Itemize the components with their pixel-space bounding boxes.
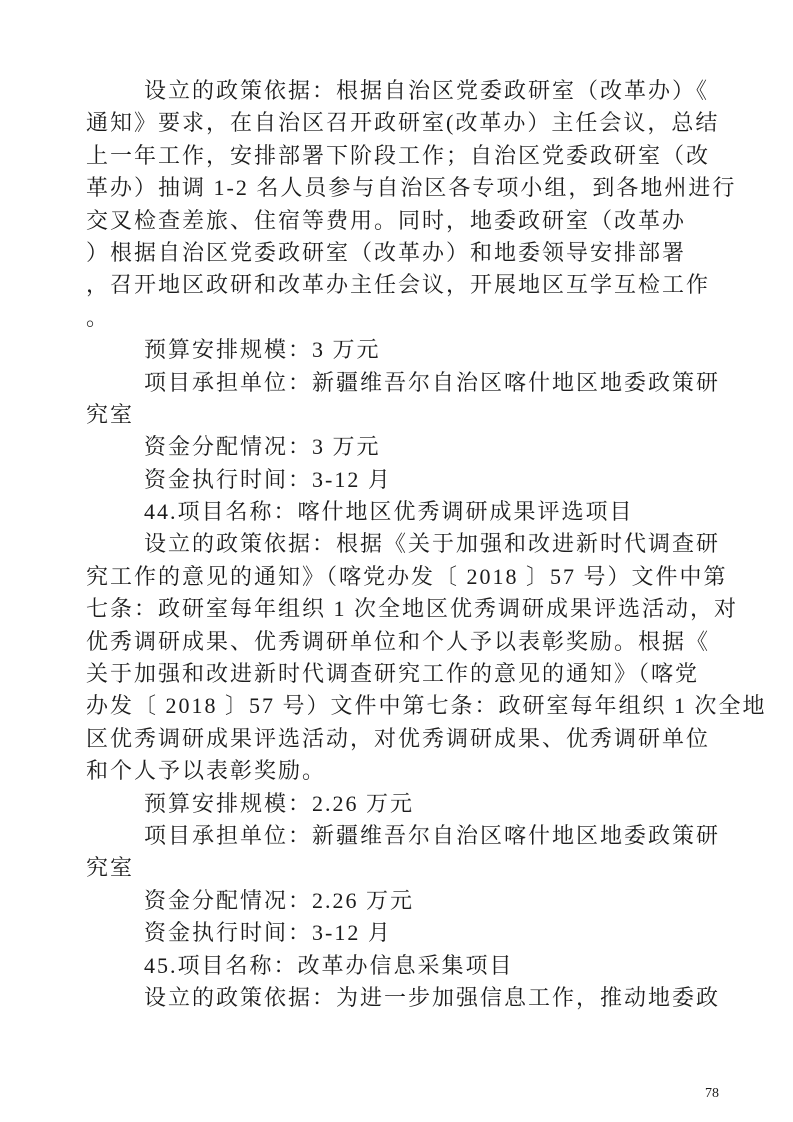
text-line: 设立的政策依据：根据《关于加强和改进新时代调查研 — [86, 528, 746, 560]
text-line: 资金执行时间：3-12 月 — [86, 464, 746, 496]
text-line: 通知》要求，在自治区召开政研室(改革办）主任会议，总结 — [86, 107, 746, 139]
document-body: 设立的政策依据：根据自治区党委政研室（改革办）《通知》要求，在自治区召开政研室(… — [86, 75, 746, 1014]
text-line: 资金分配情况：2.26 万元 — [86, 885, 746, 917]
text-line: 优秀调研成果、优秀调研单位和个人予以表彰奖励。根据《 — [86, 626, 746, 658]
text-line: 预算安排规模：2.26 万元 — [86, 788, 746, 820]
text-line: 设立的政策依据：根据自治区党委政研室（改革办）《 — [86, 75, 746, 107]
text-line: 办发〔 2018 〕57 号）文件中第七条：政研室每年组织 1 次全地 — [86, 690, 746, 722]
page-number: 78 — [705, 1085, 719, 1103]
text-line: 革办）抽调 1-2 名人员参与自治区各专项小组，到各地州进行 — [86, 172, 746, 204]
text-line: 预算安排规模：3 万元 — [86, 334, 746, 366]
text-line: 44.项目名称：喀什地区优秀调研成果评选项目 — [86, 496, 746, 528]
text-line: 项目承担单位：新疆维吾尔自治区喀什地区地委政策研 — [86, 820, 746, 852]
text-line: 45.项目名称：改革办信息采集项目 — [86, 950, 746, 982]
text-line: 设立的政策依据：为进一步加强信息工作，推动地委政 — [86, 982, 746, 1014]
text-line: 。 — [86, 302, 746, 334]
text-line: 究室 — [86, 399, 746, 431]
text-line: 资金分配情况：3 万元 — [86, 431, 746, 463]
text-line: 项目承担单位：新疆维吾尔自治区喀什地区地委政策研 — [86, 367, 746, 399]
text-line: ，召开地区政研和改革办主任会议，开展地区互学互检工作 — [86, 269, 746, 301]
text-line: 究室 — [86, 852, 746, 884]
document-page: 设立的政策依据：根据自治区党委政研室（改革办）《通知》要求，在自治区召开政研室(… — [0, 0, 793, 1122]
text-line: ）根据自治区党委政研室（改革办）和地委领导安排部署 — [86, 237, 746, 269]
text-line: 和个人予以表彰奖励。 — [86, 755, 746, 787]
text-line: 资金执行时间：3-12 月 — [86, 917, 746, 949]
text-line: 交叉检查差旅、住宿等费用。同时，地委政研室（改革办 — [86, 205, 746, 237]
text-line: 究工作的意见的通知》（喀党办发〔 2018 〕57 号）文件中第 — [86, 561, 746, 593]
text-line: 七条：政研室每年组织 1 次全地区优秀调研成果评选活动，对 — [86, 593, 746, 625]
text-line: 上一年工作，安排部署下阶段工作；自治区党委政研室（改 — [86, 140, 746, 172]
text-line: 区优秀调研成果评选活动，对优秀调研成果、优秀调研单位 — [86, 723, 746, 755]
text-line: 关于加强和改进新时代调查研究工作的意见的通知》（喀党 — [86, 658, 746, 690]
